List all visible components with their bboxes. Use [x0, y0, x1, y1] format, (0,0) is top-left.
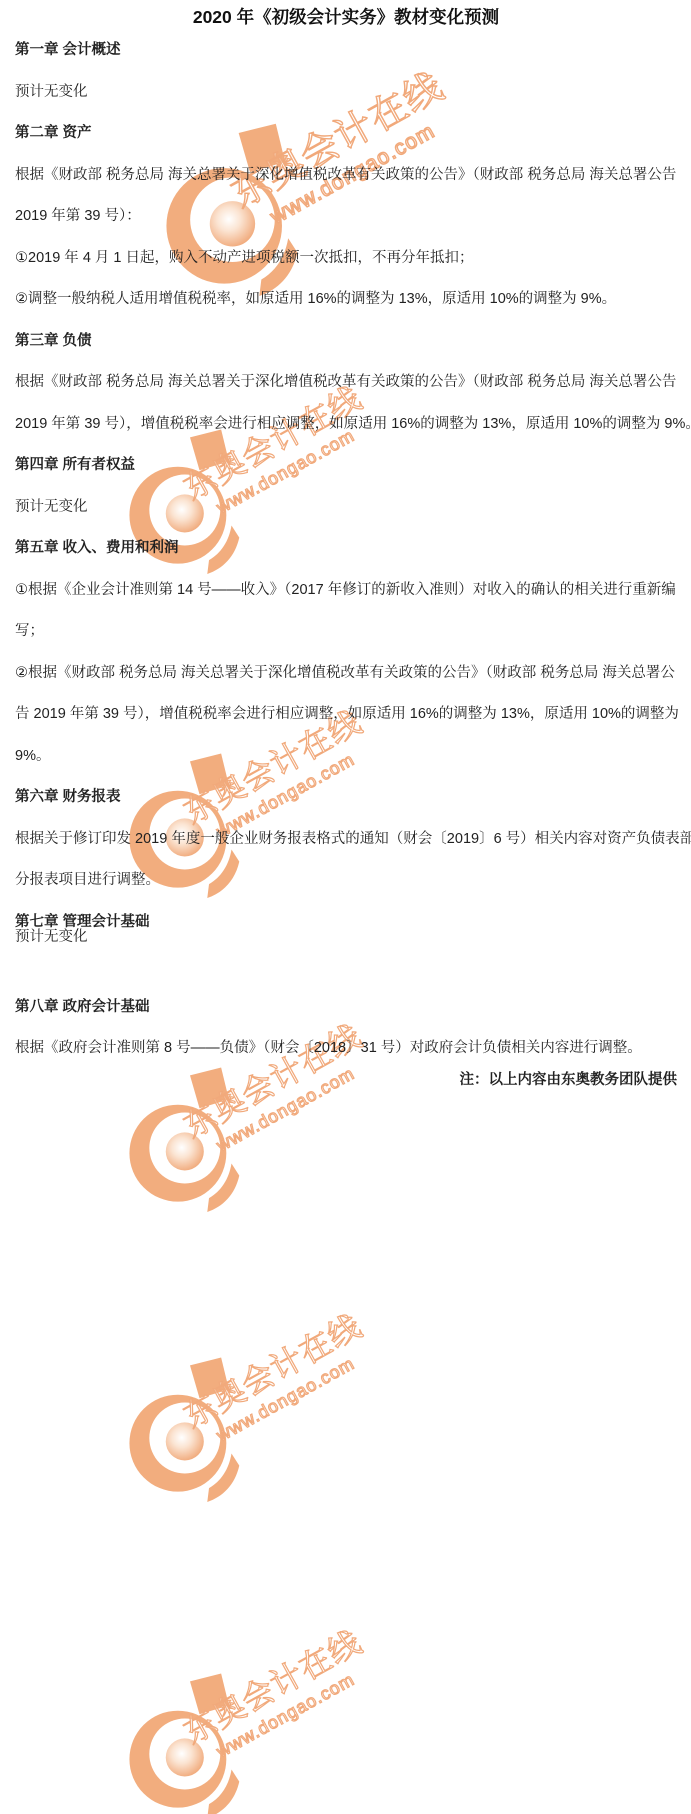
paragraph-line: 分报表项目进行调整。 — [15, 871, 677, 890]
paragraph-line: ①根据《企业会计准则第 14 号——收入》（2017 年修订的新收入准则）对收入… — [15, 581, 677, 600]
paragraph-line: 预计无变化 — [15, 498, 677, 517]
paragraph-line: 2019 年第 39 号），增值税税率会进行相应调整，如原适用 16%的调整为 … — [15, 415, 677, 434]
paragraph-line: ②根据《财政部 税务总局 海关总署关于深化增值税改革有关政策的公告》（财政部 税… — [15, 664, 677, 683]
document-page: 东奥会计在线 www.dongao.com 2020 年《初级会计实务》教材变化… — [0, 0, 691, 1814]
paragraph-line: 写； — [15, 622, 677, 641]
paragraph-line: 告 2019 年第 39 号），增值税税率会进行相应调整，如原适用 16%的调整… — [15, 705, 677, 724]
chapter-heading: 第五章 收入、费用和利润 — [15, 539, 677, 558]
chapter-heading: 第八章 政府会计基础 — [15, 998, 677, 1017]
paragraph-line: 根据《财政部 税务总局 海关总署关于深化增值税改革有关政策的公告》（财政部 税务… — [15, 373, 677, 392]
chapter-heading: 第二章 资产 — [15, 124, 677, 143]
dongao-watermark — [124, 1600, 384, 1814]
paragraph-line: 2019 年第 39 号）： — [15, 207, 677, 226]
chapter-heading: 第六章 财务报表 — [15, 788, 677, 807]
chapter-heading: 第三章 负债 — [15, 332, 677, 351]
chapter-heading: 第四章 所有者权益 — [15, 456, 677, 475]
paragraph-line: 根据《政府会计准则第 8 号——负债》（财会〔2018〕31 号）对政府会计负债… — [15, 1039, 677, 1058]
doc-body: 2020 年《初级会计实务》教材变化预测第一章 会计概述预计无变化第二章 资产根… — [0, 0, 691, 1090]
doc-title: 2020 年《初级会计实务》教材变化预测 — [15, 6, 677, 28]
paragraph-line: ①2019 年 4 月 1 日起，购入不动产进项税额一次抵扣，不再分年抵扣； — [15, 249, 677, 268]
paragraph-line: 预计无变化 — [15, 83, 677, 102]
paragraph-line: 根据《财政部 税务总局 海关总署关于深化增值税改革有关政策的公告》（财政部 税务… — [15, 166, 677, 185]
dongao-watermark — [124, 1284, 384, 1502]
paragraph-line: ②调整一般纳税人适用增值税税率，如原适用 16%的调整为 13%，原适用 10%… — [15, 290, 677, 309]
paragraph-line: 根据关于修订印发 2019 年度一般企业财务报表格式的通知（财会〔2019〕6 … — [15, 830, 677, 849]
chapter-heading: 第一章 会计概述 — [15, 41, 677, 60]
paragraph-line: 9%。 — [15, 747, 677, 766]
provider-note: 注：以上内容由东奥教务团队提供 — [15, 1071, 677, 1090]
